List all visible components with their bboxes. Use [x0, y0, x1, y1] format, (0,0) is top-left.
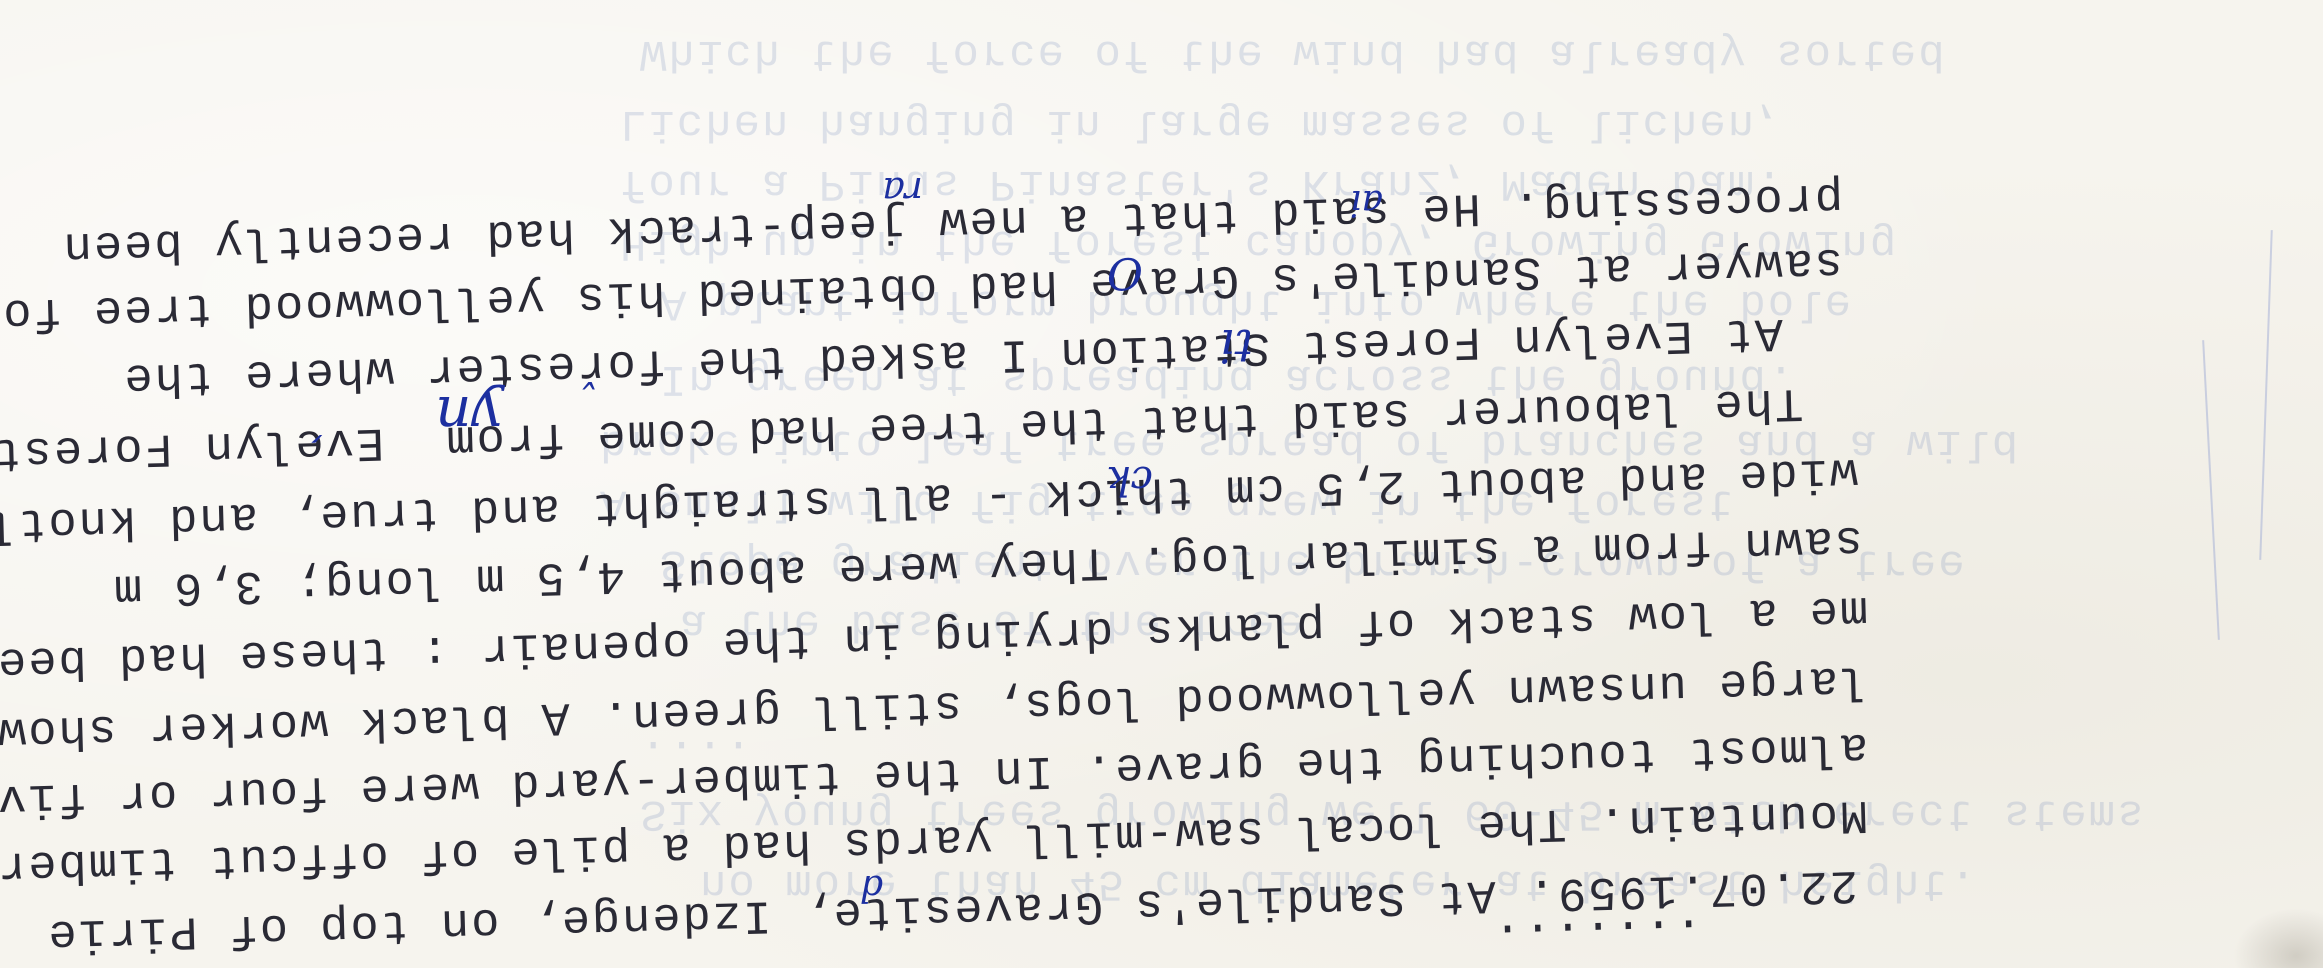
handwritten-correction: ti [1220, 319, 1253, 373]
handwritten-correction: ra [882, 169, 923, 213]
handwritten-correction: O [1107, 247, 1143, 298]
handwritten-correction: ˇ [583, 347, 603, 393]
handwritten-correction: yn [435, 383, 503, 448]
handwritten-correction: ck [1106, 457, 1153, 503]
typed-text-block: ....... 22.07.1959. At Sandile's Gravesi… [0, 0, 2323, 968]
handwritten-correction: ´ [312, 399, 333, 448]
handwritten-correction: d [860, 867, 883, 908]
paper-stain [2233, 908, 2323, 968]
handwritten-correction: ai [1350, 182, 1383, 223]
